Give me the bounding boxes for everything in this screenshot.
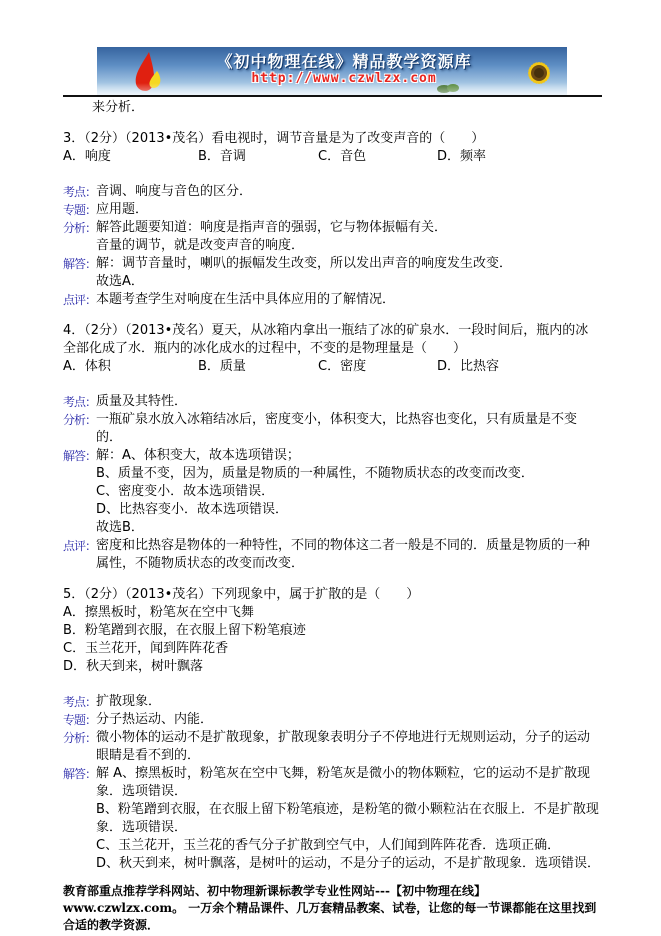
option-d: D．秋天到来，树叶飘落 <box>63 658 601 676</box>
section-content: 一瓶矿泉水放入冰箱结冰后，密度变小，体积变大，比热容也变化，只有质量是不变的． <box>96 411 601 447</box>
section-row: 解答： 解 A、擦黑板时，粉笔灰在空中飞舞，粉笔灰是微小的物体颗粒，它的运动不是… <box>63 765 601 873</box>
section-content: 质量及其特性． <box>96 393 601 411</box>
section-label: 点评： <box>63 291 96 309</box>
section-row: 专题： 分子热运动、内能． <box>63 711 601 729</box>
section-row: 考点： 音调、响度与音色的区分． <box>63 183 601 201</box>
option-c: C．音色 <box>318 148 437 166</box>
footer-promo-text: 教育部重点推荐学科网站、初中物理新课标教学专业性网站---【初中物理在线】www… <box>63 883 601 934</box>
section-label: 考点： <box>63 393 96 411</box>
option-a: A．体积 <box>63 358 198 376</box>
section-row: 点评： 密度和比热容是物体的一种特性，不同的物体这二者一般是不同的．质量是物质的… <box>63 537 601 573</box>
section-content: 密度和比热容是物体的一种特性，不同的物体这二者一般是不同的．质量是物质的一种属性… <box>96 537 601 573</box>
section-content: 分子热运动、内能． <box>96 711 601 729</box>
section-label: 点评： <box>63 537 96 555</box>
options-row: A．响度 B．音调 C．音色 D．频率 <box>63 148 601 166</box>
section-label: 考点： <box>63 183 96 201</box>
section-label: 专题： <box>63 711 96 729</box>
section-row: 解答： 解：A、体积变大，故本选项错误； B、质量不变，因为，质量是物质的一种属… <box>63 447 601 537</box>
section-label: 分析： <box>63 411 96 429</box>
answer-sections: 考点： 质量及其特性． 分析： 一瓶矿泉水放入冰箱结冰后，密度变小，体积变大，比… <box>63 393 601 573</box>
section-row: 分析： 一瓶矿泉水放入冰箱结冰后，密度变小，体积变大，比热容也变化，只有质量是不… <box>63 411 601 447</box>
banner-title: 《初中物理在线》精品教学资源库 <box>189 49 499 72</box>
section-content: 扩散现象． <box>96 693 601 711</box>
sunflower-icon <box>515 53 561 93</box>
options-row: A．体积 B．质量 C．密度 D．比热容 <box>63 358 601 376</box>
section-content: 解 A、擦黑板时，粉笔灰在空中飞舞，粉笔灰是微小的物体颗粒，它的运动不是扩散现象… <box>96 765 601 873</box>
question-4: 4．（2分）（2013•茂名）夏天，从冰箱内拿出一瓶结了冰的矿泉水．一段时间后，… <box>63 322 601 573</box>
question-3: 3．（2分）（2013•茂名）看电视时，调节音量是为了改变声音的（ ） A．响度… <box>63 130 601 309</box>
option-a: A．擦黑板时，粉笔灰在空中飞舞 <box>63 604 601 622</box>
section-label: 分析： <box>63 729 96 747</box>
option-d: D．频率 <box>437 148 601 166</box>
section-row: 专题： 应用题． <box>63 201 601 219</box>
section-content: 解：A、体积变大，故本选项错误； B、质量不变，因为，质量是物质的一种属性，不随… <box>96 447 601 537</box>
section-row: 分析： 解答此题要知道：响度是指声音的强弱，它与物体振幅有关． 音量的调节，就是… <box>63 219 601 255</box>
option-d: D．比热容 <box>437 358 601 376</box>
section-label: 解答： <box>63 765 96 783</box>
flame-logo-icon <box>127 51 169 93</box>
section-content: 解答此题要知道：响度是指声音的强弱，它与物体振幅有关． 音量的调节，就是改变声音… <box>96 219 601 255</box>
banner-url-link[interactable]: http://www.czwlzx.com <box>189 71 499 86</box>
section-row: 点评： 本题考查学生对响度在生活中具体应用的了解情况． <box>63 291 601 309</box>
option-b: B．粉笔蹭到衣服，在衣服上留下粉笔痕迹 <box>63 622 601 640</box>
options-list: A．擦黑板时，粉笔灰在空中飞舞 B．粉笔蹭到衣服，在衣服上留下粉笔痕迹 C．玉兰… <box>63 604 601 676</box>
document-page: 《初中物理在线》精品教学资源库 http://www.czwlzx.com <box>0 0 661 936</box>
question-stem: 4．（2分）（2013•茂名）夏天，从冰箱内拿出一瓶结了冰的矿泉水．一段时间后，… <box>63 322 601 358</box>
answer-sections: 考点： 扩散现象． 专题： 分子热运动、内能． 分析： 微小物体的运动不是扩散现… <box>63 693 601 873</box>
carryover-text: 来分析． <box>63 99 601 117</box>
leaf-bush-icon <box>437 81 461 93</box>
section-row: 分析： 微小物体的运动不是扩散现象，扩散现象表明分子不停地进行无规则运动，分子的… <box>63 729 601 765</box>
section-row: 考点： 质量及其特性． <box>63 393 601 411</box>
answer-sections: 考点： 音调、响度与音色的区分． 专题： 应用题． 分析： 解答此题要知道：响度… <box>63 183 601 309</box>
section-label: 分析： <box>63 219 96 237</box>
option-a: A．响度 <box>63 148 198 166</box>
site-banner[interactable]: 《初中物理在线》精品教学资源库 http://www.czwlzx.com <box>97 47 567 95</box>
section-label: 解答： <box>63 255 96 273</box>
document-content: 来分析． 3．（2分）（2013•茂名）看电视时，调节音量是为了改变声音的（ ）… <box>63 99 601 934</box>
option-b: B．音调 <box>198 148 318 166</box>
section-row: 考点： 扩散现象． <box>63 693 601 711</box>
section-content: 解：调节音量时，喇叭的振幅发生改变，所以发出声音的响度发生改变． 故选A． <box>96 255 601 291</box>
section-content: 应用题． <box>96 201 601 219</box>
header-divider <box>63 95 602 97</box>
option-c: C．玉兰花开，闻到阵阵花香 <box>63 640 601 658</box>
question-stem: 5．（2分）（2013•茂名）下列现象中，属于扩散的是（ ） <box>63 586 601 604</box>
option-b: B．质量 <box>198 358 318 376</box>
question-stem: 3．（2分）（2013•茂名）看电视时，调节音量是为了改变声音的（ ） <box>63 130 601 148</box>
section-content: 音调、响度与音色的区分． <box>96 183 601 201</box>
section-content: 微小物体的运动不是扩散现象，扩散现象表明分子不停地进行无规则运动，分子的运动眼睛… <box>96 729 601 765</box>
section-label: 考点： <box>63 693 96 711</box>
section-label: 专题： <box>63 201 96 219</box>
question-5: 5．（2分）（2013•茂名）下列现象中，属于扩散的是（ ） A．擦黑板时，粉笔… <box>63 586 601 873</box>
section-row: 解答： 解：调节音量时，喇叭的振幅发生改变，所以发出声音的响度发生改变． 故选A… <box>63 255 601 291</box>
option-c: C．密度 <box>318 358 437 376</box>
section-label: 解答： <box>63 447 96 465</box>
section-content: 本题考查学生对响度在生活中具体应用的了解情况． <box>96 291 601 309</box>
